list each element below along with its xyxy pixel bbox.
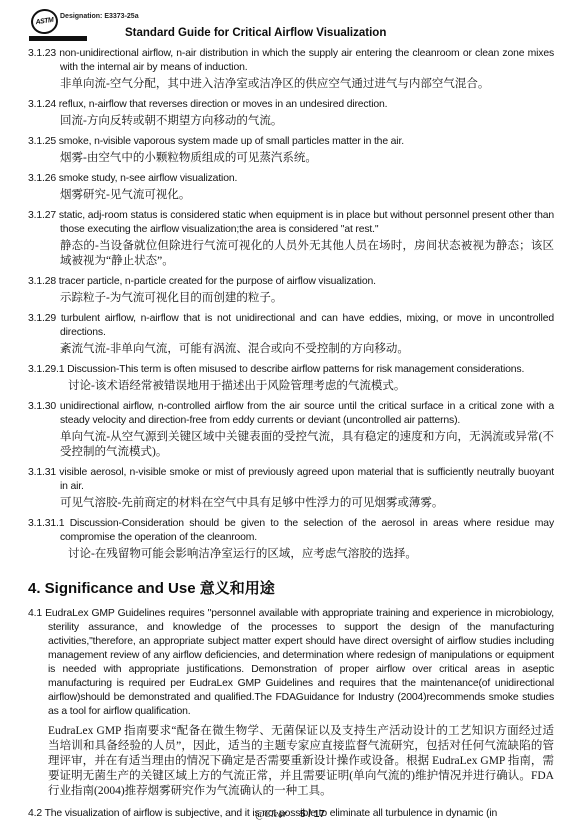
term-english: 3.1.24 reflux, n-airflow that reverses d…	[28, 98, 554, 112]
term-text: smoke study, n-see airflow visualization…	[59, 173, 237, 184]
term-number: 3.1.31	[28, 467, 56, 478]
term-text: reflux, n-airflow that reverses directio…	[59, 99, 388, 110]
section-item-text: EudraLex GMP Guidelines requires "person…	[45, 608, 554, 717]
term-chinese: 烟雾研究-见气流可视化。	[60, 188, 554, 203]
term-item: 3.1.28 tracer particle, n-particle creat…	[28, 275, 554, 306]
term-chinese: 示踪粒子-为气流可视化目的而创建的粒子。	[60, 291, 554, 306]
term-item: 3.1.23 non-unidirectional airflow, n-air…	[28, 47, 554, 92]
term-text: unidirectional airflow, n-controlled air…	[60, 401, 554, 426]
term-english: 3.1.31.1 Discussion-Consideration should…	[28, 517, 554, 545]
term-text: Discussion-This term is often misused to…	[67, 364, 524, 375]
term-text: turbulent airflow, n-airflow that is not…	[60, 313, 554, 338]
term-chinese: 静态的-当设备就位但除进行气流可视化的人员外无其他人员在场时，房间状态被视为静态…	[60, 239, 554, 269]
term-english: 3.1.28 tracer particle, n-particle creat…	[28, 275, 554, 289]
term-chinese: 讨论-在残留物可能会影响洁净室运行的区域，应考虑气溶胶的选择。	[68, 547, 554, 562]
term-number: 3.1.23	[28, 48, 56, 59]
term-text: Discussion-Consideration should be given…	[60, 518, 554, 543]
term-english: 3.1.29.1 Discussion-This term is often m…	[28, 363, 554, 377]
page-header: ASTM Designation: E3373-25a Standard Gui…	[0, 0, 580, 46]
watermark-text: @Clear	[255, 809, 287, 820]
term-text: static, adj-room status is considered st…	[59, 210, 554, 235]
term-number: 3.1.26	[28, 173, 56, 184]
section-item-english: 4.1 EudraLex GMP Guidelines requires "pe…	[28, 607, 554, 719]
term-item: 3.1.29 turbulent airflow, n-airflow that…	[28, 312, 554, 357]
term-chinese: 非单向流-空气分配，其中进入洁净室或洁净区的供应空气通过进气与内部空气混合。	[60, 77, 554, 92]
astm-logo-bar	[29, 36, 87, 41]
term-chinese: 紊流气流-非单向气流，可能有涡流、混合或向不受控制的方向移动。	[60, 342, 554, 357]
term-item: 3.1.26 smoke study, n-see airflow visual…	[28, 172, 554, 203]
section-significance-and-use: 4. Significance and Use 意义和用途 4.1 EudraL…	[28, 577, 554, 821]
term-number: 3.1.29.1	[28, 364, 64, 375]
astm-logo-circle: ASTM	[29, 7, 59, 36]
section-heading: 4. Significance and Use 意义和用途	[28, 577, 554, 598]
document-title: Standard Guide for Critical Airflow Visu…	[125, 27, 386, 39]
term-english: 3.1.29 turbulent airflow, n-airflow that…	[28, 312, 554, 340]
term-english: 3.1.30 unidirectional airflow, n-control…	[28, 400, 554, 428]
term-text: non-unidirectional airflow, n-air distri…	[59, 48, 554, 73]
section-item-chinese: EudraLex GMP 指南要求“配备在微生物学、无菌保证以及支持生产活动设计…	[48, 724, 554, 799]
term-chinese: 可见气溶胶-先前商定的材料在空气中具有足够中性浮力的可见烟雾或薄雾。	[60, 496, 554, 511]
term-item: 3.1.30 unidirectional airflow, n-control…	[28, 400, 554, 460]
term-item: 3.1.29.1 Discussion-This term is often m…	[28, 363, 554, 394]
designation-text: Designation: E3373-25a	[60, 13, 139, 20]
section-item-number: 4.1	[28, 608, 42, 619]
term-text: tracer particle, n-particle created for …	[59, 276, 376, 287]
term-english: 3.1.31 visible aerosol, n-visible smoke …	[28, 466, 554, 494]
term-english: 3.1.27 static, adj-room status is consid…	[28, 209, 554, 237]
term-number: 3.1.31.1	[28, 518, 64, 529]
term-chinese: 单向气流-从空气源到关键区域中关键表面的受控气流，具有稳定的速度和方向，无涡流或…	[60, 430, 554, 460]
term-item: 3.1.31 visible aerosol, n-visible smoke …	[28, 466, 554, 511]
term-number: 3.1.24	[28, 99, 56, 110]
term-chinese: 讨论-该术语经常被错误地用于描述出于风险管理考虑的气流模式。	[68, 379, 554, 394]
term-item: 3.1.31.1 Discussion-Consideration should…	[28, 517, 554, 562]
term-number: 3.1.25	[28, 136, 56, 147]
term-english: 3.1.26 smoke study, n-see airflow visual…	[28, 172, 554, 186]
term-number: 3.1.28	[28, 276, 56, 287]
term-item: 3.1.27 static, adj-room status is consid…	[28, 209, 554, 269]
term-number: 3.1.29	[28, 313, 56, 324]
document-body: 3.1.23 non-unidirectional airflow, n-air…	[28, 47, 554, 829]
term-chinese: 回流-方向反转或朝不期望方向移动的气流。	[60, 114, 554, 129]
term-number: 3.1.30	[28, 401, 56, 412]
term-text: visible aerosol, n-visible smoke or mist…	[59, 467, 554, 492]
document-page: ASTM Designation: E3373-25a Standard Gui…	[0, 0, 580, 829]
term-chinese: 烟雾-由空气中的小颗粒物质组成的可见蒸汽系统。	[60, 151, 554, 166]
term-english: 3.1.25 smoke, n-visible vaporous system …	[28, 135, 554, 149]
term-item: 3.1.24 reflux, n-airflow that reverses d…	[28, 98, 554, 129]
term-item: 3.1.25 smoke, n-visible vaporous system …	[28, 135, 554, 166]
page-number: 5 / 17	[300, 809, 325, 820]
astm-logo-text: ASTM	[35, 17, 54, 26]
section-item: 4.1 EudraLex GMP Guidelines requires "pe…	[28, 607, 554, 799]
page-footer: @Clear 5 / 17	[0, 809, 580, 820]
term-english: 3.1.23 non-unidirectional airflow, n-air…	[28, 47, 554, 75]
term-text: smoke, n-visible vaporous system made up…	[59, 136, 404, 147]
term-number: 3.1.27	[28, 210, 56, 221]
